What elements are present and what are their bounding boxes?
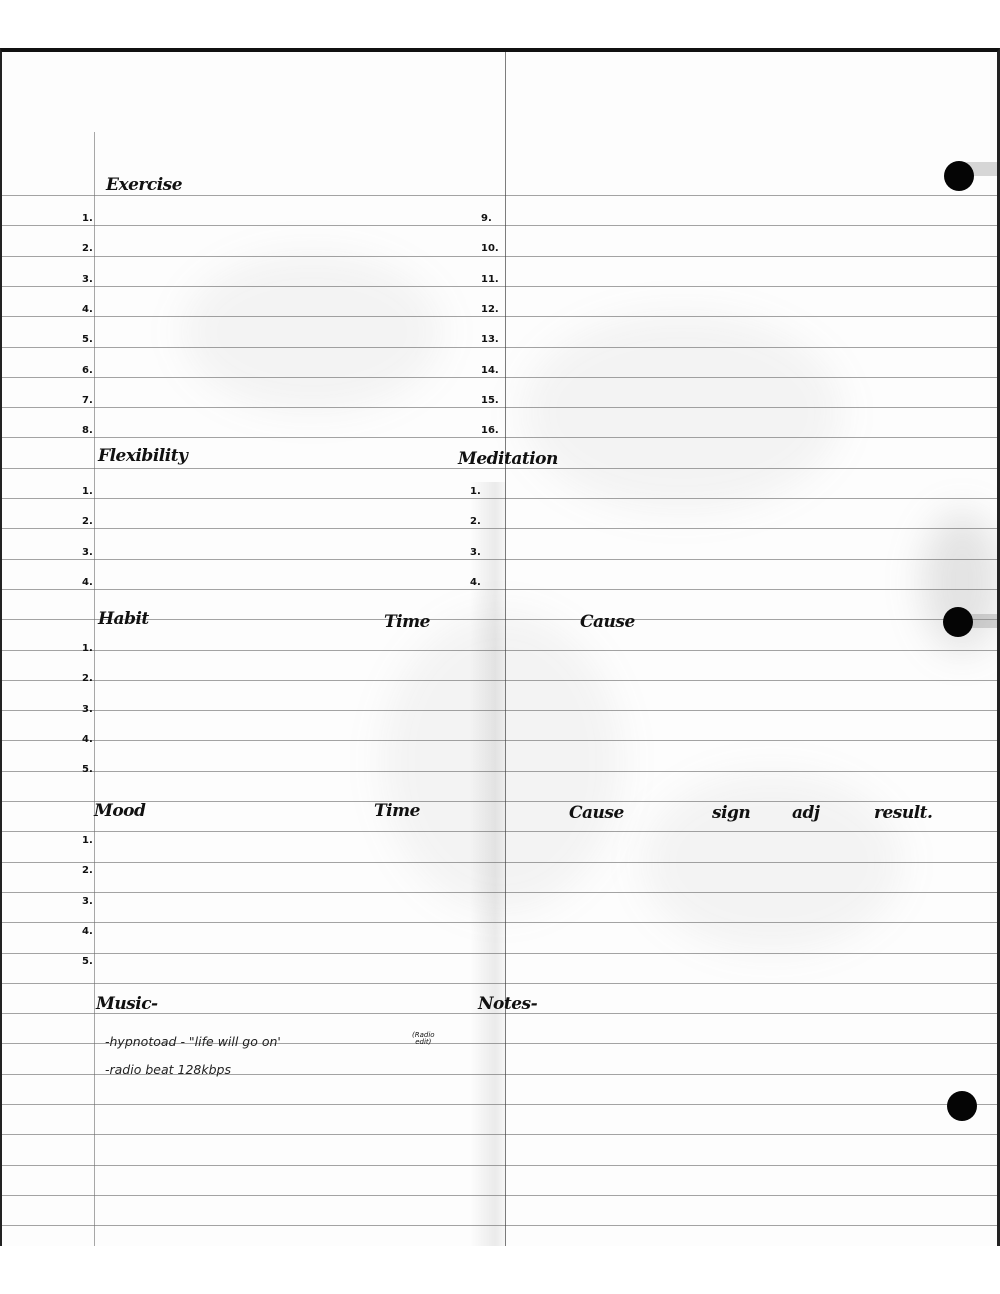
- list-number: 1.: [470, 487, 481, 497]
- list-number: 5.: [82, 765, 93, 775]
- ruled-line: [2, 1165, 997, 1166]
- list-number: 4.: [82, 305, 93, 315]
- ruled-line: [2, 559, 997, 560]
- mood-heading: Mood: [94, 803, 145, 820]
- ruled-line: [2, 316, 997, 317]
- meditation-heading: Meditation: [458, 451, 558, 468]
- ruled-line: [2, 801, 997, 802]
- ruled-line: [2, 1104, 997, 1105]
- ruled-line: [2, 195, 997, 196]
- list-number: 3.: [82, 705, 93, 715]
- ruled-line: [2, 983, 997, 984]
- list-number: 12.: [481, 305, 499, 315]
- notebook-page: Exercise 1.2.3.4.5.6.7.8. 9.10.11.12.13.…: [0, 48, 1000, 1246]
- list-number: 1.: [82, 644, 93, 654]
- ruled-line: [2, 286, 997, 287]
- list-number: 8.: [82, 426, 93, 436]
- ruled-line: [2, 1225, 997, 1226]
- list-number: 4.: [82, 735, 93, 745]
- list-number: 14.: [481, 366, 499, 376]
- mood-column-sign: sign: [712, 805, 750, 822]
- list-number: 1.: [82, 214, 93, 224]
- list-number: 2.: [82, 244, 93, 254]
- ruled-line: [2, 256, 997, 257]
- ruled-line: [2, 1134, 997, 1135]
- list-number: 16.: [481, 426, 499, 436]
- ruled-line: [2, 650, 997, 651]
- list-number: 3.: [82, 548, 93, 558]
- mood-column-time: Time: [374, 803, 420, 820]
- punch-hole-bottom: [947, 1091, 977, 1121]
- music-entry-annotation: (Radio edit): [412, 1032, 435, 1046]
- list-number: 4.: [470, 578, 481, 588]
- ruled-line: [2, 377, 997, 378]
- ruled-line: [2, 225, 997, 226]
- ruled-line: [2, 862, 997, 863]
- ruled-line: [2, 437, 997, 438]
- paper-smudge: [522, 312, 842, 512]
- habit-column-time: Time: [384, 614, 430, 631]
- list-number: 4.: [82, 927, 93, 937]
- list-number: 1.: [82, 836, 93, 846]
- music-heading: Music-: [96, 996, 158, 1013]
- ruled-line: [2, 922, 997, 923]
- flexibility-heading: Flexibility: [98, 448, 187, 465]
- ruled-line: [2, 407, 997, 408]
- list-number: 9.: [481, 214, 492, 224]
- mood-column-result: result.: [874, 805, 932, 822]
- notes-heading: Notes-: [478, 996, 537, 1013]
- ruled-line: [2, 892, 997, 893]
- mood-column-cause: Cause: [569, 805, 624, 822]
- punch-hole-middle: [943, 607, 973, 637]
- music-entry: -radio beat 128kbps: [105, 1064, 231, 1077]
- list-number: 2.: [82, 674, 93, 684]
- list-number: 11.: [481, 275, 499, 285]
- list-number: 6.: [82, 366, 93, 376]
- list-number: 10.: [481, 244, 499, 254]
- annotation-line: edit): [412, 1039, 435, 1046]
- ruled-line: [2, 710, 997, 711]
- list-number: 4.: [82, 578, 93, 588]
- exercise-heading: Exercise: [106, 177, 182, 194]
- mood-column-adj: adj: [792, 805, 820, 822]
- ruled-line: [2, 1195, 997, 1196]
- ruled-line: [2, 831, 997, 832]
- ruled-line: [2, 347, 997, 348]
- fold-shadow: [470, 482, 506, 1246]
- list-number: 2.: [470, 517, 481, 527]
- center-divider-line: [505, 52, 506, 1246]
- list-number: 2.: [82, 517, 93, 527]
- ruled-line: [2, 953, 997, 954]
- ruled-line: [2, 771, 997, 772]
- list-number: 2.: [82, 866, 93, 876]
- habit-column-cause: Cause: [580, 614, 635, 631]
- list-number: 15.: [481, 396, 499, 406]
- paper-smudge: [182, 252, 442, 412]
- list-number: 13.: [481, 335, 499, 345]
- ruled-line: [2, 498, 997, 499]
- ruled-line: [2, 589, 997, 590]
- ruled-line: [2, 619, 997, 620]
- list-number: 3.: [82, 897, 93, 907]
- ruled-line: [2, 528, 997, 529]
- list-number: 5.: [82, 957, 93, 967]
- list-number: 7.: [82, 396, 93, 406]
- music-entry: -hypnotoad - "life will go on': [105, 1036, 281, 1049]
- list-number: 1.: [82, 487, 93, 497]
- list-number: 5.: [82, 335, 93, 345]
- ruled-line: [2, 680, 997, 681]
- margin-line: [94, 132, 95, 1246]
- punch-hole-top: [944, 161, 974, 191]
- list-number: 3.: [82, 275, 93, 285]
- ruled-line: [2, 740, 997, 741]
- list-number: 3.: [470, 548, 481, 558]
- habit-heading: Habit: [98, 611, 149, 628]
